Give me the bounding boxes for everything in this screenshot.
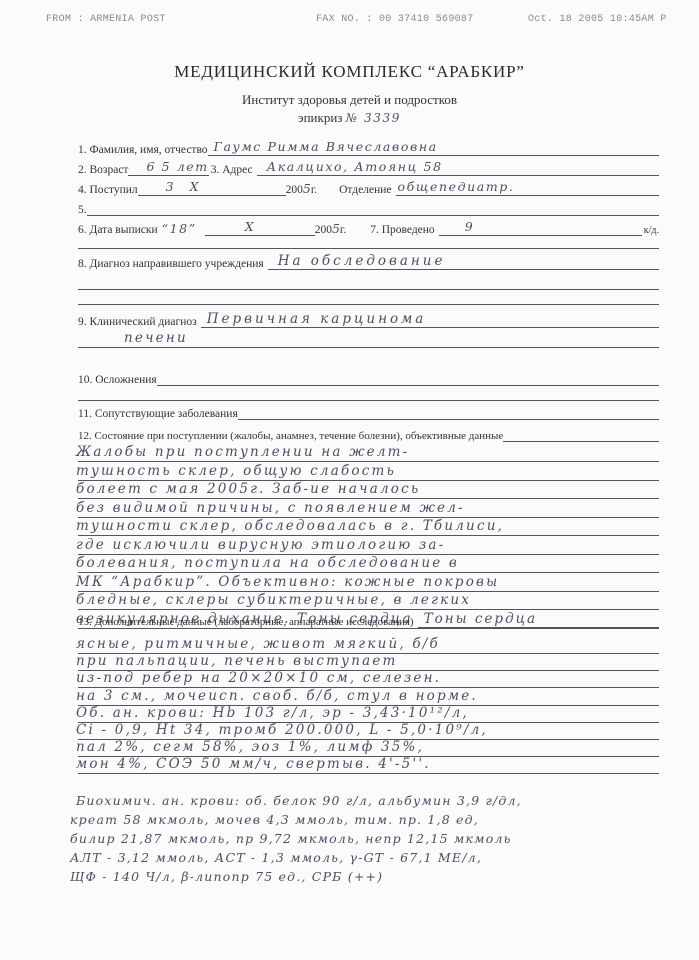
admission-month: X bbox=[190, 179, 201, 194]
age-value: 6 5 лет bbox=[146, 159, 208, 174]
additional-data-label: 13. Дополнительные данные (лабораторные,… bbox=[78, 616, 414, 628]
admission-month-line[interactable]: X bbox=[186, 179, 286, 196]
field-comorbidities: 11. Сопутствующие заболевания bbox=[78, 402, 659, 420]
referral-diagnosis-line[interactable]: На обследование bbox=[268, 253, 659, 270]
complications-label: 10. Осложнения bbox=[78, 374, 157, 386]
field-5-line[interactable] bbox=[87, 199, 659, 216]
document-number: № 3339 bbox=[346, 111, 401, 125]
admission-year-unit: г. bbox=[311, 184, 317, 196]
discharge-label: 6. Дата выписки bbox=[78, 224, 158, 236]
additional-data-inline: Тоны сердца bbox=[424, 611, 538, 627]
full-name-line[interactable]: Гаумс Римма Вячеславовна bbox=[208, 139, 659, 156]
address-line[interactable]: Акалцихо, Атоянц 58 bbox=[257, 159, 659, 176]
biochemistry-line-text: креат 58 мкмоль, мочев 4,3 ммоль, тим. п… bbox=[70, 812, 479, 827]
biochemistry-line: креат 58 мкмоль, мочев 4,3 ммоль, тим. п… bbox=[70, 811, 479, 829]
additional-data-line-text: мон 4%, СОЭ 50 мм/ч, свертыв. 4'-5''. bbox=[76, 756, 431, 772]
bed-days-unit: к/д. bbox=[644, 225, 659, 236]
biochemistry-line-text: Биохимич. ан. крови: об. белок 90 г/л, а… bbox=[76, 793, 522, 808]
additional-data-line[interactable]: мон 4%, СОЭ 50 мм/ч, свертыв. 4'-5''. bbox=[78, 752, 659, 774]
field-5-label: 5. bbox=[78, 204, 87, 216]
admission-year-suffix: 5 bbox=[303, 181, 311, 196]
fax-number: FAX NO. : 00 37410 569087 bbox=[316, 14, 474, 25]
admission-day: 3 bbox=[166, 179, 176, 194]
age-line[interactable]: 6 5 лет bbox=[128, 159, 208, 176]
discharge-year-suffix: 5 bbox=[332, 221, 340, 236]
field-complications: 10. Осложнения bbox=[78, 368, 659, 386]
blank-line bbox=[78, 304, 659, 305]
field-discharge: 6. Дата выписки “18” X 2005г. 7. Проведе… bbox=[78, 218, 659, 236]
comorbidities-line[interactable] bbox=[238, 403, 659, 420]
department-label: Отделение bbox=[339, 184, 391, 196]
additional-data-line[interactable]: Тоны сердца bbox=[418, 611, 659, 628]
biochemistry-line: Биохимич. ан. крови: об. белок 90 г/л, а… bbox=[76, 792, 522, 810]
clinical-diagnosis-value: Первичная карцинома bbox=[207, 311, 427, 327]
institute-subtitle: Институт здоровья детей и подростков bbox=[0, 92, 699, 108]
institution-title: МЕДИЦИНСКИЙ КОМПЛЕКС “АРАБКИР” bbox=[0, 62, 699, 82]
referral-diagnosis-value: На обследование bbox=[278, 253, 446, 269]
admission-label: 4. Поступил bbox=[78, 184, 138, 196]
department-value: общепедиатр. bbox=[398, 179, 515, 194]
biochemistry-line-text: ЩФ - 140 Ч/л, β-липопр 75 ед., СРБ (++) bbox=[70, 869, 383, 884]
full-name-label: 1. Фамилия, имя, отчество bbox=[78, 144, 208, 156]
comorbidities-label: 11. Сопутствующие заболевания bbox=[78, 408, 238, 420]
divider bbox=[78, 248, 659, 249]
biochemistry-line-text: АЛТ - 3,12 ммоль, АСТ - 1,3 ммоль, γ-GT … bbox=[70, 850, 482, 865]
age-label: 2. Возраст bbox=[78, 164, 128, 176]
full-name-value: Гаумс Римма Вячеславовна bbox=[214, 139, 438, 154]
blank-line bbox=[78, 289, 659, 290]
field-additional-data: 13. Дополнительные данные (лабораторные,… bbox=[78, 610, 659, 628]
field-referral-diagnosis: 8. Диагноз направившего учреждения На об… bbox=[78, 252, 659, 270]
referral-diagnosis-label: 8. Диагноз направившего учреждения bbox=[78, 258, 264, 270]
blank-line bbox=[78, 400, 659, 401]
clinical-diagnosis-line-2[interactable]: печени bbox=[78, 326, 659, 348]
field-full-name: 1. Фамилия, имя, отчество Гаумс Римма Вя… bbox=[78, 138, 659, 156]
address-value: Акалцихо, Атоянц 58 bbox=[267, 159, 443, 174]
field-5: 5. bbox=[78, 198, 659, 216]
biochemistry-line: ЩФ - 140 Ч/л, β-липопр 75 ед., СРБ (++) bbox=[70, 868, 383, 886]
biochemistry-line: АЛТ - 3,12 ммоль, АСТ - 1,3 ммоль, γ-GT … bbox=[70, 849, 482, 867]
field-age-address: 2. Возраст 6 5 лет 3. Адрес Акалцихо, Ат… bbox=[78, 158, 659, 176]
department-line[interactable]: общепедиатр. bbox=[396, 179, 659, 196]
clinical-diagnosis-value-2: печени bbox=[124, 330, 188, 346]
discharge-month: X bbox=[245, 219, 256, 234]
complications-line[interactable] bbox=[157, 369, 659, 386]
fax-sender: FROM : ARMENIA POST bbox=[46, 14, 166, 25]
bed-days-value: 9 bbox=[465, 219, 475, 234]
document-type: эпикриз bbox=[298, 110, 342, 125]
address-label: 3. Адрес bbox=[211, 164, 253, 176]
bed-days-line[interactable]: 9 bbox=[439, 219, 642, 236]
biochemistry-line: билир 21,87 мкмоль, пр 9,72 мкмоль, непр… bbox=[70, 830, 512, 848]
field-admission: 4. Поступил 3 X 2005г. Отделение общепед… bbox=[78, 178, 659, 196]
admission-day-line[interactable]: 3 bbox=[138, 179, 186, 196]
discharge-month-line[interactable]: X bbox=[205, 219, 315, 236]
admission-year-prefix: 200 bbox=[286, 184, 303, 196]
bed-days-label: 7. Проведено bbox=[370, 224, 434, 236]
fax-date: Oct. 18 2005 10:45AM P bbox=[528, 14, 667, 25]
document-heading: эпикриз № 3339 bbox=[0, 110, 699, 126]
discharge-year-unit: г. bbox=[340, 224, 346, 236]
discharge-day: “18” bbox=[162, 221, 197, 236]
biochemistry-line-text: билир 21,87 мкмоль, пр 9,72 мкмоль, непр… bbox=[70, 831, 512, 846]
discharge-year-prefix: 200 bbox=[315, 224, 332, 236]
